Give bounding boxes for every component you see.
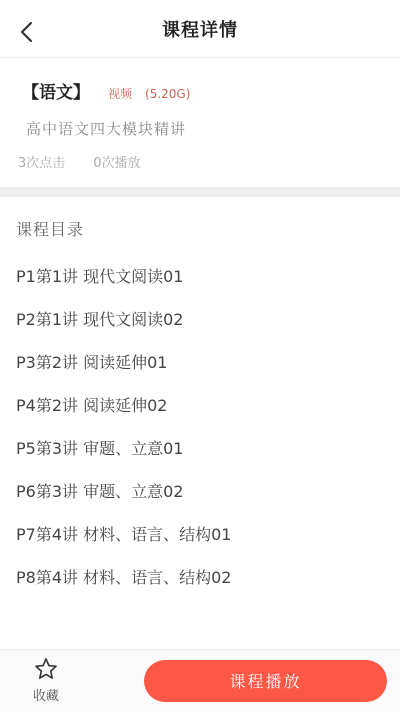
catalog-heading: 课程目录 bbox=[16, 217, 384, 240]
favorite-label: 收藏 bbox=[33, 685, 59, 704]
page-title: 课程详情 bbox=[162, 16, 238, 42]
bottom-action-bar: 收藏 课程播放 bbox=[0, 649, 400, 711]
catalog-item[interactable]: P8第4讲 材料、语言、结构02 bbox=[16, 567, 384, 589]
back-button[interactable] bbox=[6, 14, 46, 54]
catalog-item[interactable]: P1第1讲 现代文阅读01 bbox=[16, 266, 384, 288]
header: 课程详情 bbox=[0, 0, 400, 58]
catalog-item[interactable]: P2第1讲 现代文阅读02 bbox=[16, 309, 384, 331]
favorite-button[interactable]: 收藏 bbox=[24, 657, 68, 704]
catalog-item[interactable]: P4第2讲 阅读延伸02 bbox=[16, 395, 384, 417]
star-icon bbox=[34, 657, 58, 684]
clicks-count: 3次点击 bbox=[18, 152, 65, 171]
course-catalog-section: 课程目录 P1第1讲 现代文阅读01 P2第1讲 现代文阅读02 P3第2讲 阅… bbox=[0, 197, 400, 589]
catalog-item[interactable]: P5第3讲 审题、立意01 bbox=[16, 438, 384, 460]
course-subtitle: 高中语文四大模块精讲 bbox=[26, 118, 384, 139]
catalog-item[interactable]: P7第4讲 材料、语言、结构01 bbox=[16, 524, 384, 546]
course-type-badge: 视频 bbox=[108, 85, 132, 102]
course-stats: 3次点击 0次播放 bbox=[18, 152, 384, 171]
catalog-item[interactable]: P3第2讲 阅读延伸01 bbox=[16, 352, 384, 374]
chevron-left-icon bbox=[20, 21, 33, 47]
course-info-section: 【语文】 视频 (5.20G) 高中语文四大模块精讲 3次点击 0次播放 bbox=[0, 58, 400, 187]
course-title-row: 【语文】 视频 (5.20G) bbox=[22, 78, 384, 103]
plays-count: 0次播放 bbox=[93, 152, 140, 171]
course-play-button[interactable]: 课程播放 bbox=[144, 660, 387, 702]
course-size-label: (5.20G) bbox=[145, 87, 190, 101]
catalog-item[interactable]: P6第3讲 审题、立意02 bbox=[16, 481, 384, 503]
course-title: 【语文】 bbox=[22, 78, 90, 103]
section-divider bbox=[0, 187, 400, 197]
